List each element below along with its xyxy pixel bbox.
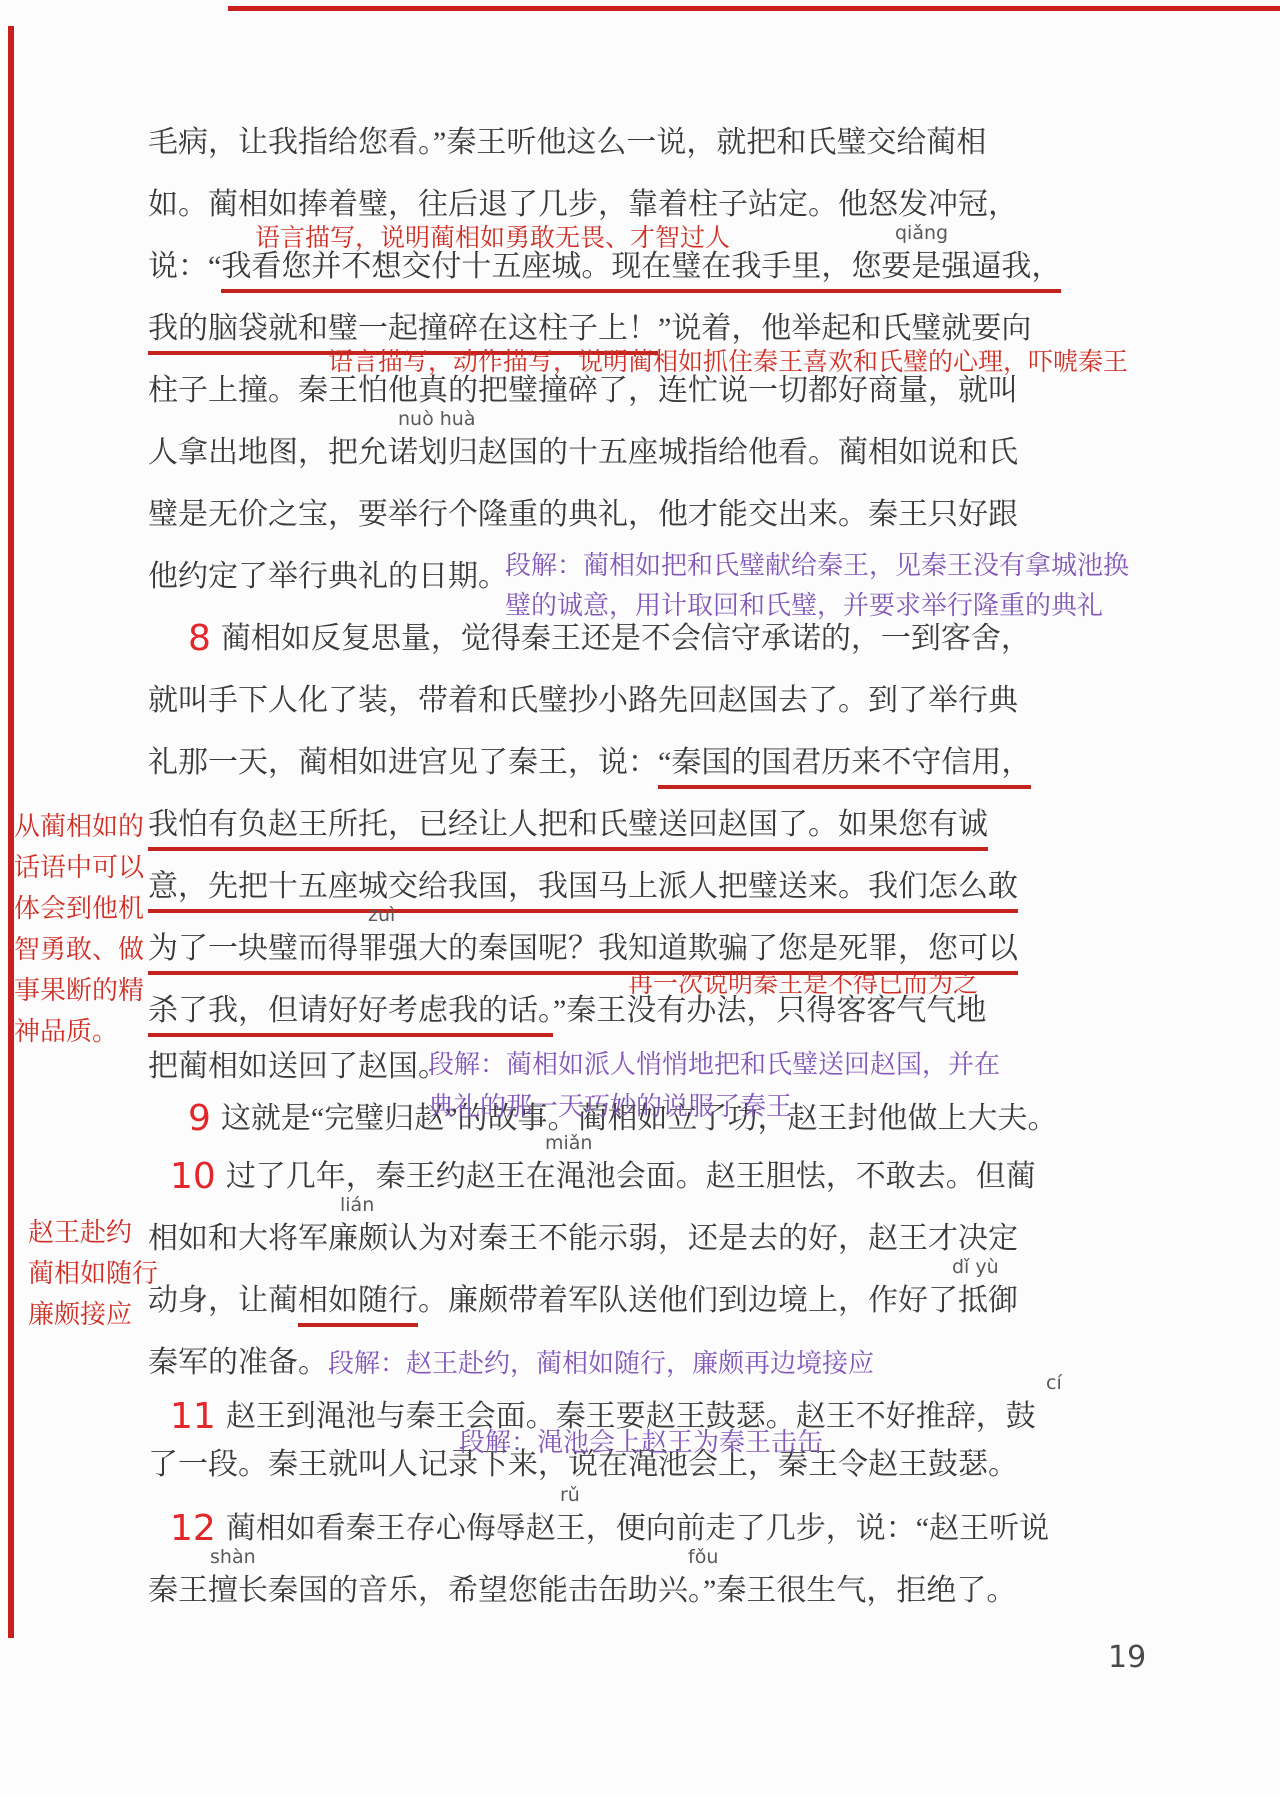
paragraph-number: 10 bbox=[170, 1156, 216, 1197]
margin-note: 从蔺相如的 话语中可以 体会到他机 智勇敢、做 事果断的精 神品质。 bbox=[14, 806, 144, 1052]
margin-note-line: 智勇敢、做 bbox=[14, 929, 144, 970]
text-line: 人拿出地图，把允诺划归赵国的十五座城指给他看。蔺相如说和氏 bbox=[148, 434, 1028, 472]
margin-note-line: 廉颇接应 bbox=[28, 1294, 158, 1335]
top-red-rule bbox=[228, 6, 1280, 11]
paragraph-number: 11 bbox=[170, 1396, 216, 1437]
text-line: 秦王擅长秦国的音乐，希望您能击缶助兴。”秦王很生气，拒绝了。 bbox=[148, 1572, 1028, 1610]
paragraph-number: 12 bbox=[170, 1508, 216, 1549]
margin-note: 赵王赴约 蔺相如随行 廉颇接应 bbox=[28, 1212, 158, 1335]
margin-note-line: 蔺相如随行 bbox=[28, 1253, 158, 1294]
text-line: 就叫手下人化了装，带着和氏璧抄小路先回赵国去了。到了举行典 bbox=[148, 682, 1028, 720]
pinyin-label: qiǎng bbox=[895, 222, 948, 244]
pinyin-label: fǒu bbox=[688, 1546, 718, 1568]
text-line: 我怕有负赵王所托，已经让人把和氏璧送回赵国了。如果您有诚 bbox=[148, 806, 1028, 844]
text-segment: 过了几年，秦王约赵王在渑池会面。赵王胆怯，不敢去。但蔺 bbox=[226, 1160, 1036, 1193]
pinyin-label: rǔ bbox=[560, 1484, 580, 1506]
text-segment: 礼那一天，蔺相如进宫见了秦王，说： bbox=[148, 746, 658, 779]
text-line: 璧是无价之宝，要举行个隆重的典礼，他才能交出来。秦王只好跟 bbox=[148, 496, 1028, 534]
text-segment: 他约定了举行典礼的日期。 bbox=[148, 560, 508, 593]
text-segment: 就叫手下人化了装，带着和氏璧抄小路先回赵国去了。到了举行典 bbox=[148, 684, 1018, 717]
margin-note-line: 事果断的精 bbox=[14, 970, 144, 1011]
text-segment: 璧是无价之宝，要举行个隆重的典礼，他才能交出来。秦王只好跟 bbox=[148, 498, 1018, 531]
text-line: 12蔺相如看秦王存心侮辱赵王，便向前走了几步，说：“赵王听说 bbox=[148, 1510, 1050, 1548]
text-line: 为了一块璧而得罪强大的秦国呢？我知道欺骗了您是死罪，您可以 bbox=[148, 930, 1028, 968]
paragraph-number: 9 bbox=[188, 1098, 211, 1139]
margin-note-line: 从蔺相如的 bbox=[14, 806, 144, 847]
text-line: 礼那一天，蔺相如进宫见了秦王，说：“秦国的国君历来不守信用， bbox=[148, 744, 1028, 782]
underlined-text: “秦国的国君历来不守信用， bbox=[658, 746, 1031, 789]
text-segment: 毛病，让我指给您看。”秦王听他这么一说，就把和氏璧交给蔺相 bbox=[148, 126, 986, 159]
underlined-text: 意，先把十五座城交给我国，我国马上派人把璧送来。我们怎么敢 bbox=[148, 870, 1018, 913]
text-segment: 相如和大将军廉颇认为对秦王不能示弱，还是去的好，赵王才决定 bbox=[148, 1222, 1018, 1255]
margin-note-line: 话语中可以 bbox=[14, 847, 144, 888]
text-line: 8蔺相如反复思量，觉得秦王还是不会信守承诺的，一到客舍， bbox=[148, 620, 1068, 658]
underlined-text: 我怕有负赵王所托，已经让人把和氏璧送回赵国了。如果您有诚 bbox=[148, 808, 988, 851]
pinyin-label: miǎn bbox=[545, 1132, 592, 1154]
text-line: 动身，让蔺相如随行。廉颇带着军队送他们到边境上，作好了抵御 bbox=[148, 1282, 1028, 1320]
text-segment: 把蔺相如送回了赵国。 bbox=[148, 1050, 448, 1083]
text-line: 10过了几年，秦王约赵王在渑池会面。赵王胆怯，不敢去。但蔺 bbox=[148, 1158, 1050, 1196]
text-segment: ”说着，他举起和氏璧就要向 bbox=[658, 312, 1031, 345]
text-segment: 蔺相如反复思量，觉得秦王还是不会信守承诺的，一到客舍， bbox=[221, 622, 1031, 655]
duan-jie-note: 段解：蔺相如把和氏璧献给秦王，见秦王没有拿城池换 bbox=[505, 545, 1129, 582]
duan-jie-note: 典礼的那一天巧妙的说服了秦王 bbox=[428, 1086, 792, 1123]
pinyin-label: zuì bbox=[368, 904, 395, 926]
text-segment: 人拿出地图，把允诺划归赵国的十五座城指给他看。蔺相如说和氏 bbox=[148, 436, 1018, 469]
text-segment: 柱子上撞。秦王怕他真的把璧撞碎了，连忙说一切都好商量，就叫 bbox=[148, 374, 1018, 407]
text-segment: 。廉颇带着军队送他们到边境上，作好了抵御 bbox=[418, 1284, 1018, 1317]
margin-note-line: 体会到他机 bbox=[14, 888, 144, 929]
underlined-text: 我看您并不想交付十五座城。现在璧在我手里，您要是强逼我， bbox=[221, 250, 1061, 293]
duan-jie-note: 段解：赵王赴约，蔺相如随行，廉颇再边境接应 bbox=[328, 1349, 874, 1378]
red-note: 再一次说明秦王是不得已而为之 bbox=[628, 964, 978, 1000]
duan-jie-note: 段解：渑池会上赵王为秦王击缶 bbox=[459, 1422, 823, 1459]
text-line: 毛病，让我指给您看。”秦王听他这么一说，就把和氏璧交给蔺相 bbox=[148, 124, 1028, 162]
text-segment: 说：“ bbox=[148, 250, 221, 283]
paragraph-number: 8 bbox=[188, 618, 211, 659]
text-line: 意，先把十五座城交给我国，我国马上派人把璧送来。我们怎么敢 bbox=[148, 868, 1028, 906]
pinyin-label: nuò huà bbox=[398, 408, 475, 430]
text-segment: 动身，让蔺 bbox=[148, 1284, 298, 1317]
text-line: 秦军的准备。段解：赵王赴约，蔺相如随行，廉颇再边境接应 bbox=[148, 1344, 1028, 1383]
pinyin-label: cí bbox=[1046, 1372, 1062, 1394]
text-segment: 秦军的准备。 bbox=[148, 1346, 328, 1379]
red-note: 语言描写，说明蔺相如勇敢无畏、才智过人 bbox=[255, 218, 730, 254]
margin-note-line: 赵王赴约 bbox=[28, 1212, 158, 1253]
duan-jie-note: 段解：蔺相如派人悄悄地把和氏璧送回赵国，并在 bbox=[428, 1044, 1000, 1081]
pinyin-label: shàn bbox=[210, 1546, 256, 1568]
text-segment: 如。蔺相如捧着璧，往后退了几步，靠着柱子站定。他怒发冲冠， bbox=[148, 188, 1018, 221]
underlined-text: 杀了我，但请好好考虑我的话。 bbox=[148, 994, 553, 1037]
text-segment: 秦王擅长秦国的音乐，希望您能击缶助兴。”秦王很生气，拒绝了。 bbox=[148, 1574, 1016, 1607]
margin-note-line: 神品质。 bbox=[14, 1011, 144, 1052]
text-segment: 蔺相如看秦王存心侮辱赵王，便向前走了几步，说：“赵王听说 bbox=[226, 1512, 1049, 1545]
red-note: 语言描写，动作描写，说明蔺相如抓住秦王喜欢和氏璧的心理，吓唬秦王 bbox=[328, 342, 1128, 378]
pinyin-label: dǐ yù bbox=[952, 1256, 999, 1278]
pinyin-label: lián bbox=[340, 1194, 374, 1216]
text-line: 相如和大将军廉颇认为对秦王不能示弱，还是去的好，赵王才决定 bbox=[148, 1220, 1028, 1258]
duan-jie-note: 璧的诚意，用计取回和氏璧，并要求举行隆重的典礼 bbox=[505, 585, 1103, 622]
underlined-text: 相如随行 bbox=[298, 1284, 418, 1327]
textbook-page: 毛病，让我指给您看。”秦王听他这么一说，就把和氏璧交给蔺相 如。蔺相如捧着璧，往… bbox=[0, 0, 1280, 1797]
page-number: 19 bbox=[1108, 1640, 1146, 1675]
